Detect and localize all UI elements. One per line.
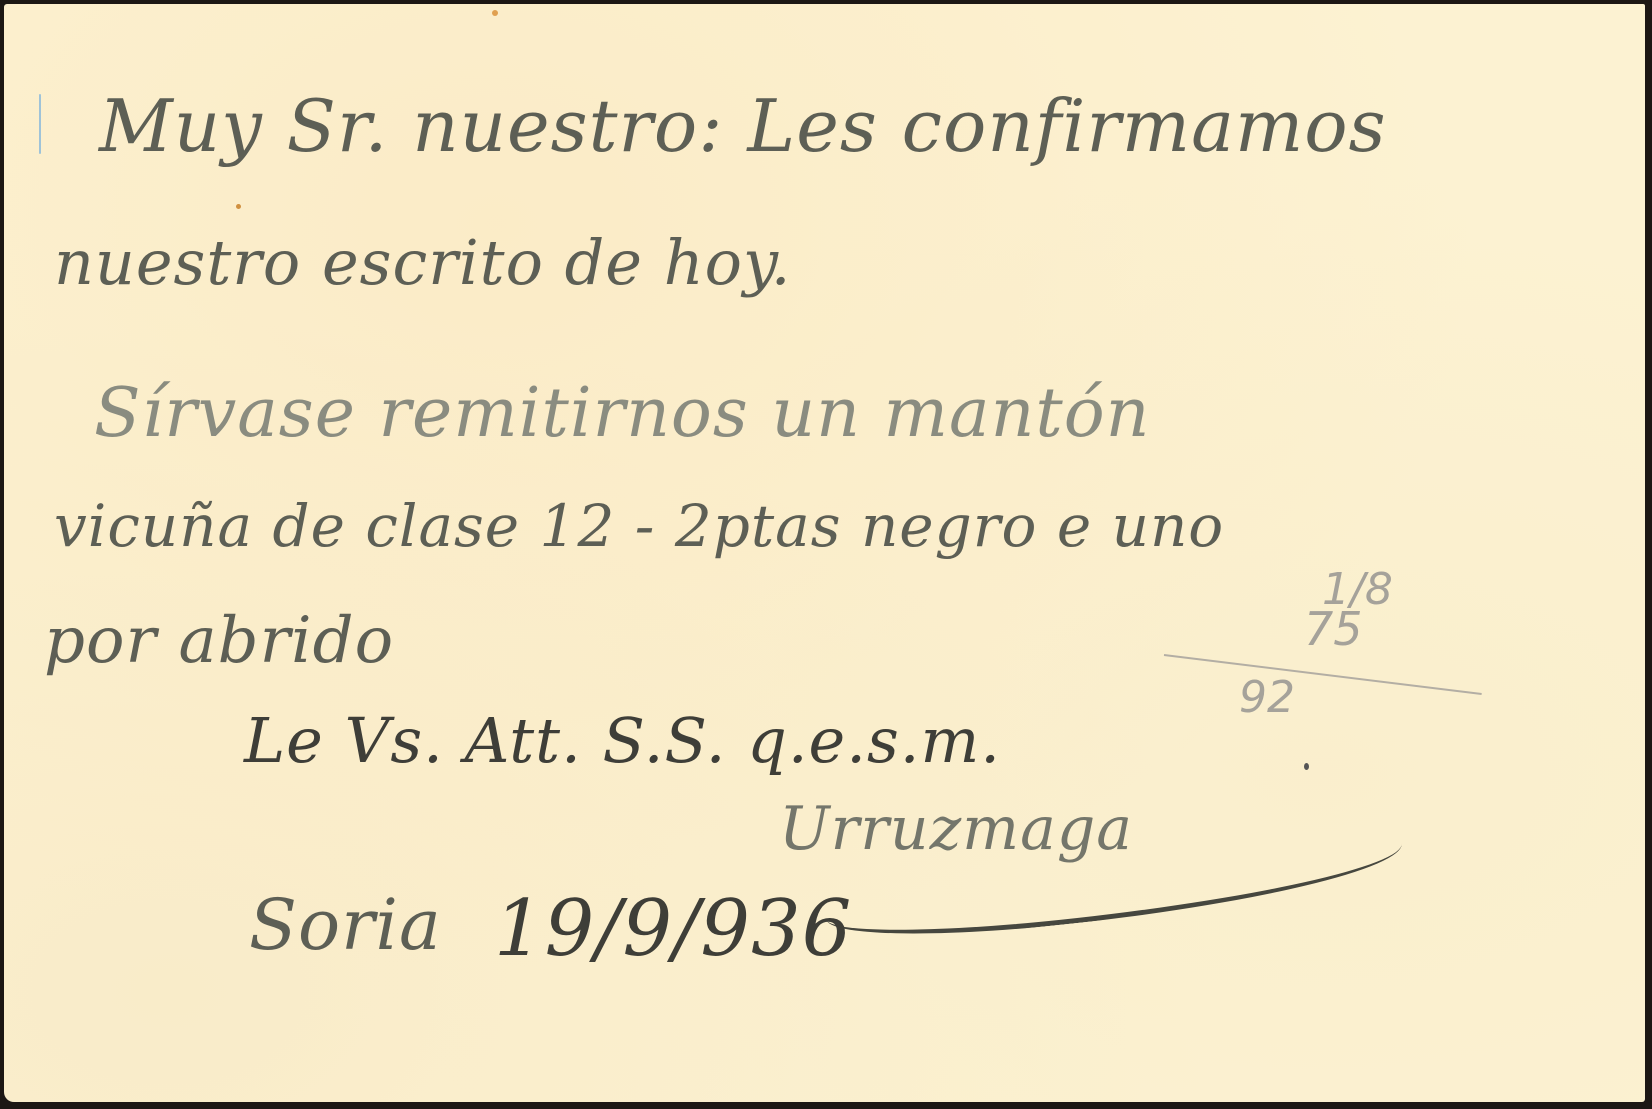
blue-mark <box>39 94 41 154</box>
place-name: Soria <box>249 884 442 966</box>
closing-formula: Le Vs. Att. S.S. q.e.s.m. <box>244 704 1001 777</box>
letter-line-1: Muy Sr. nuestro: Les confirmamos <box>99 84 1387 168</box>
letter-line-3: Sírvase remitirnos un mantón <box>94 374 1150 453</box>
ink-speck <box>1304 763 1309 770</box>
date: 19/9/936 <box>494 884 852 974</box>
stain-speck <box>492 10 498 16</box>
letter-line-2: nuestro escrito de hoy. <box>54 226 791 299</box>
postcard: Muy Sr. nuestro: Les confirmamos nuestro… <box>4 4 1645 1102</box>
letter-line-5: por abrido <box>44 604 394 678</box>
pencil-note-lower: 92 <box>1239 672 1295 723</box>
pencil-divider-line <box>1164 654 1482 695</box>
letter-line-4: vicuña de clase 12 - 2ptas negro e uno <box>54 492 1224 560</box>
pencil-note-middle: 75 <box>1304 602 1363 656</box>
stain-speck <box>236 204 241 209</box>
